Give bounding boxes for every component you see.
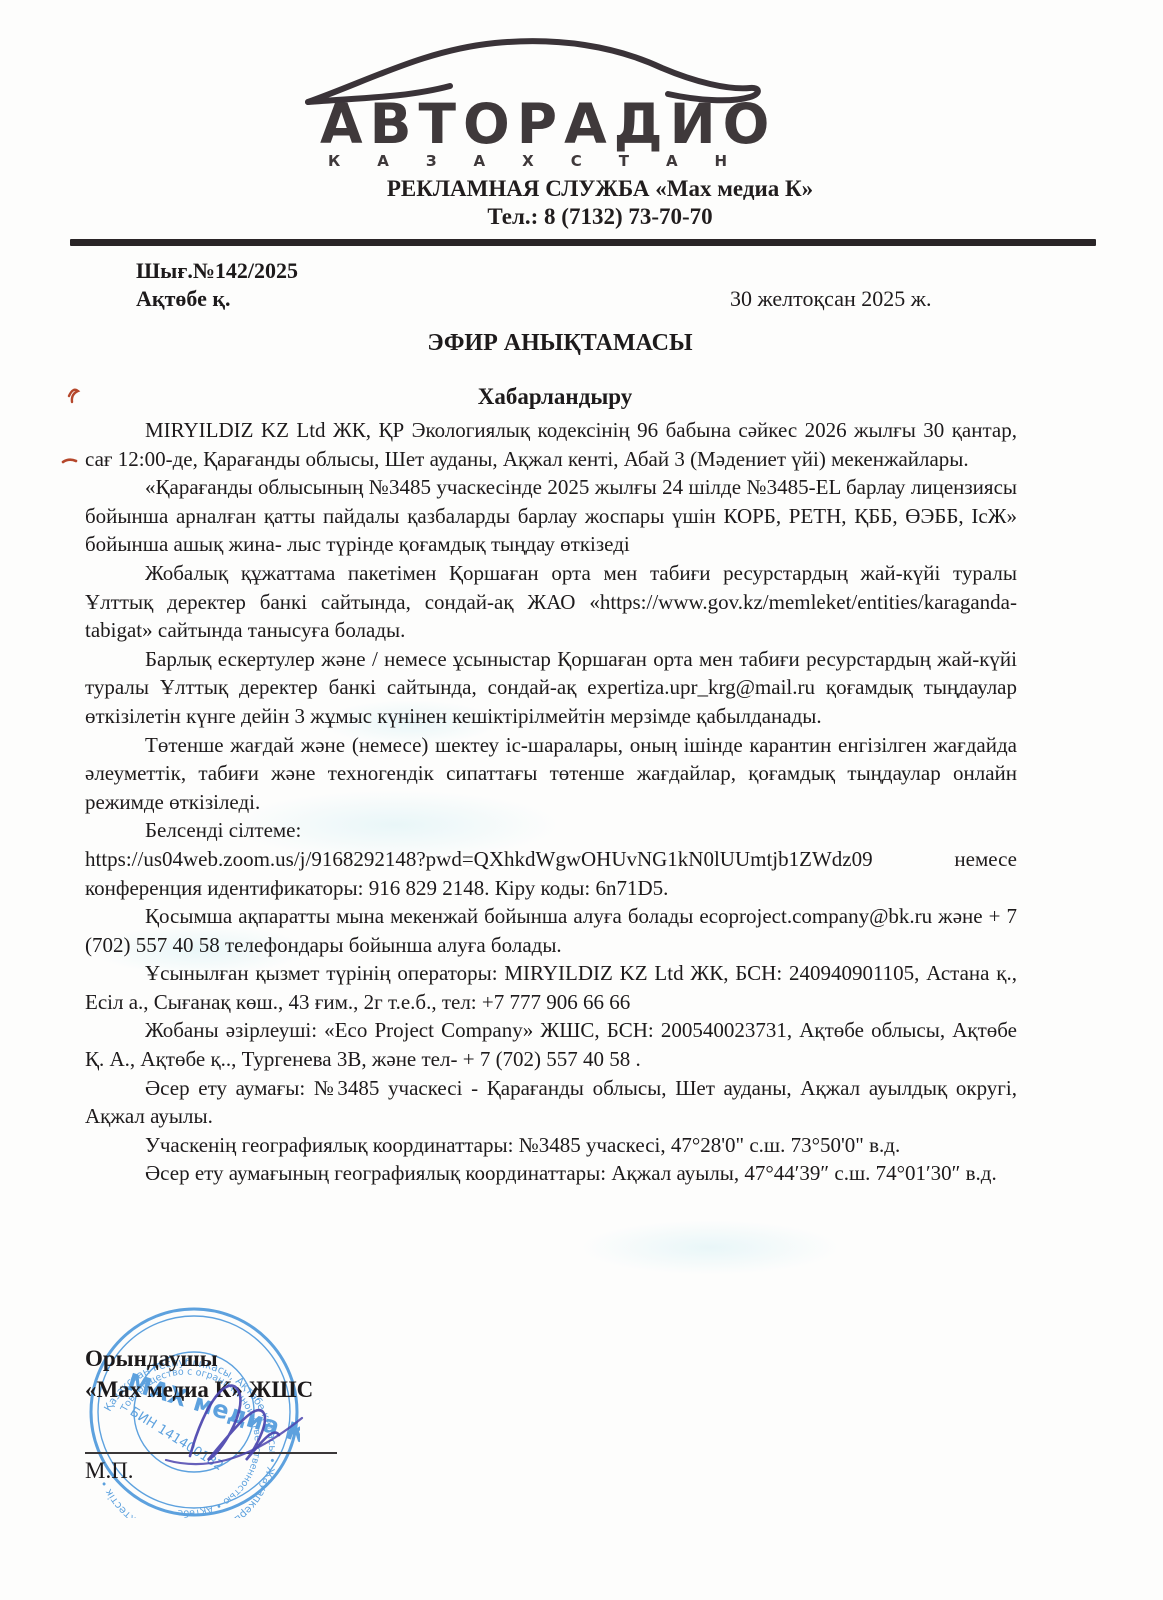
- body-paragraph: MIRYILDIZ KZ Ltd ЖК, ҚР Экологиялық коде…: [85, 416, 1017, 473]
- pen-mark: [55, 382, 89, 482]
- logo-wordmark: АВТОРАДИО: [320, 92, 776, 156]
- body-paragraph: Белсенді сілтеме:: [85, 816, 1017, 845]
- document-title: ЭФИР АНЫҚТАМАСЫ: [0, 330, 1120, 357]
- body-paragraph: Жобалық құжаттама пакетімен Қоршаған орт…: [85, 559, 1017, 645]
- body-paragraph: Жобаны әзірлеуші: «Eco Project Company» …: [85, 1016, 1017, 1073]
- service-line: РЕКЛАМНАЯ СЛУЖБА «Мах медиа К»: [320, 176, 880, 202]
- body-paragraph: Қосымша ақпаратты мына мекенжай бойынша …: [85, 902, 1017, 959]
- document-subtitle: Хабарландыру: [0, 384, 1110, 410]
- phone-line: Тел.: 8 (7132) 73-70-70: [320, 204, 880, 230]
- body-paragraph-zoom-link: https://us04web.zoom.us/j/9168292148?pwd…: [85, 845, 1017, 902]
- logo-country-label: КАЗАХСТАН: [328, 152, 764, 170]
- signature: [160, 1358, 360, 1478]
- body-paragraph: Учаскенің географиялық координаттары: №3…: [85, 1131, 1017, 1160]
- city-label: Ақтөбе қ.: [136, 286, 231, 312]
- date-label: 30 желтоқсан 2025 ж.: [730, 286, 931, 312]
- body-paragraph: Әсер ету аумағының географиялық координа…: [85, 1159, 1017, 1188]
- scan-smudge: [580, 1220, 840, 1275]
- document-body: MIRYILDIZ KZ Ltd ЖК, ҚР Экологиялық коде…: [85, 416, 1017, 1188]
- seal-mark-label: М.П.: [85, 1458, 134, 1484]
- body-paragraph: Әсер ету аумағы: №3485 учаскесі - Қараға…: [85, 1074, 1017, 1131]
- body-paragraph: Ұсынылған қызмет түрінің операторы: MIRY…: [85, 959, 1017, 1016]
- body-paragraph: Барлық ескертулер және / немесе ұсыныста…: [85, 645, 1017, 731]
- header-rule: [70, 239, 1096, 246]
- body-paragraph: Төтенше жағдай және (немесе) шектеу іс-ш…: [85, 731, 1017, 817]
- ref-number: Шығ.№142/2025: [136, 258, 298, 284]
- body-paragraph: «Қарағанды облысының №3485 учаскесінде 2…: [85, 473, 1017, 559]
- document-page: АВТОРАДИО КАЗАХСТАН РЕКЛАМНАЯ СЛУЖБА «Ма…: [0, 0, 1163, 1600]
